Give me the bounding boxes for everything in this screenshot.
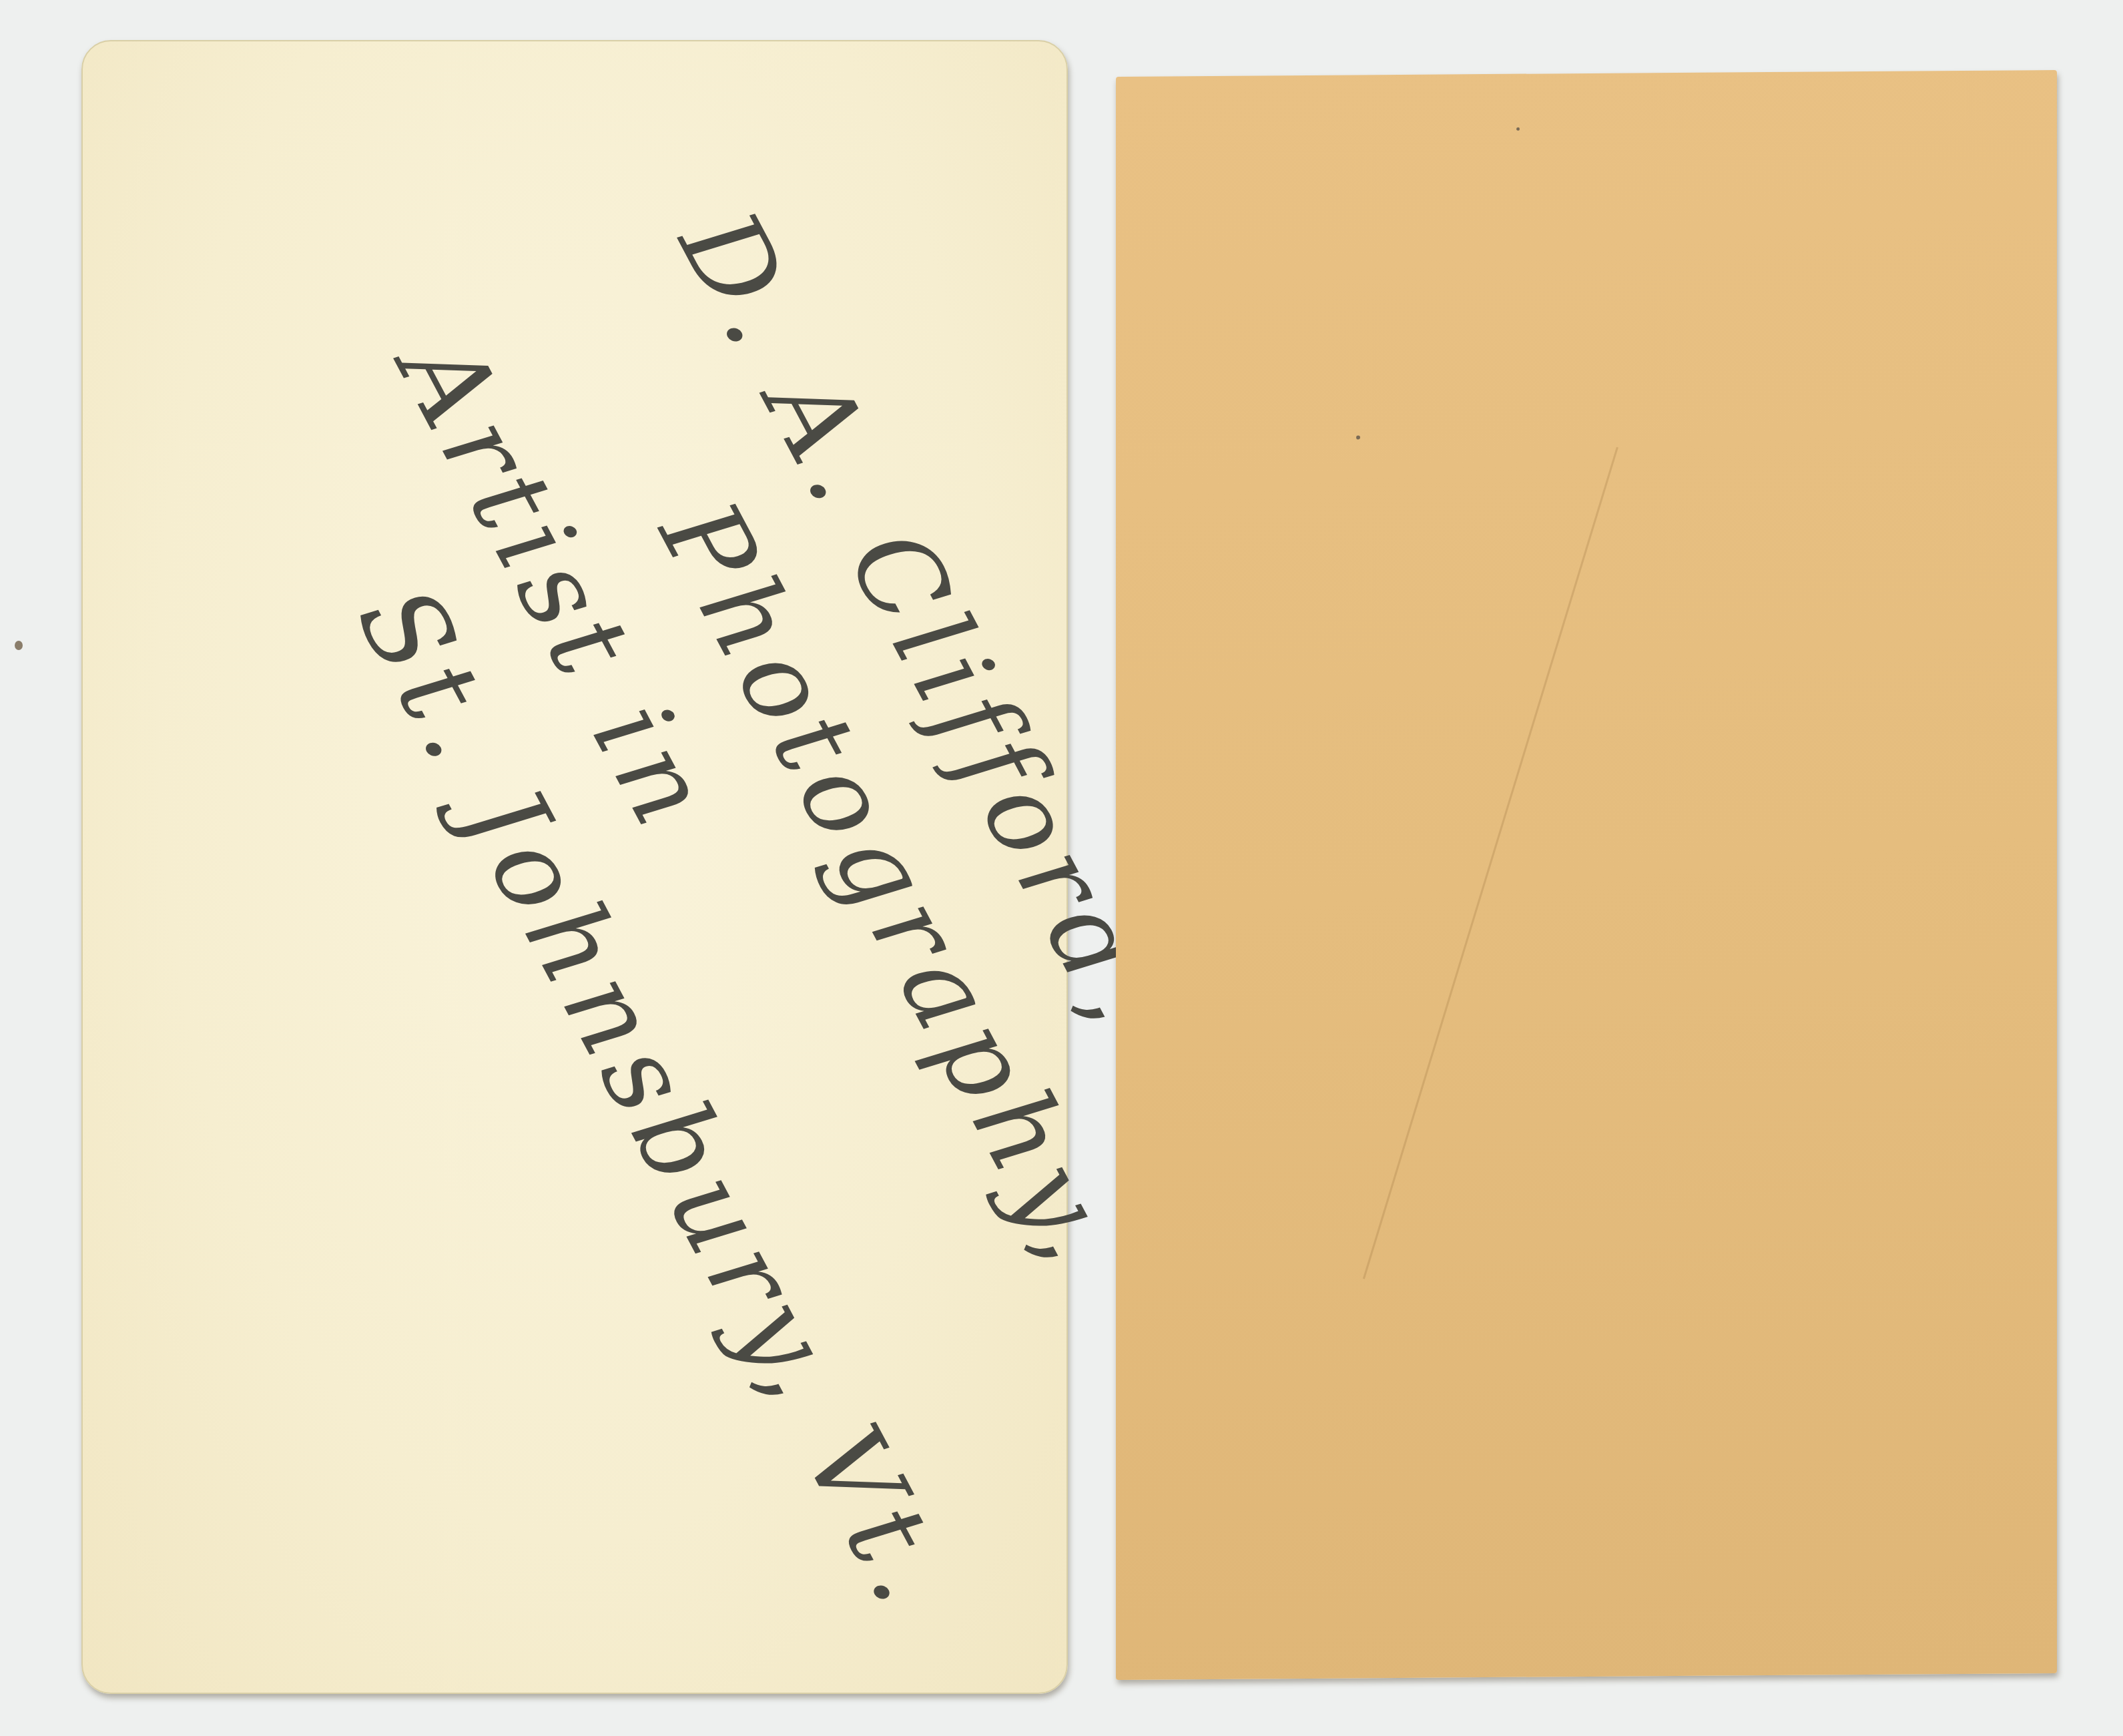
photographer-imprint: D. A. Clifford, Photography, Artist in S… bbox=[101, 156, 1188, 1326]
dust-speck bbox=[1516, 127, 1520, 131]
photo-mount-back bbox=[1116, 70, 2057, 1680]
photo-mount-front: D. A. Clifford, Photography, Artist in S… bbox=[81, 40, 1068, 1694]
dust-speck bbox=[1356, 435, 1360, 439]
card-crease-mark bbox=[1363, 447, 1618, 1279]
background-speck bbox=[15, 641, 23, 650]
